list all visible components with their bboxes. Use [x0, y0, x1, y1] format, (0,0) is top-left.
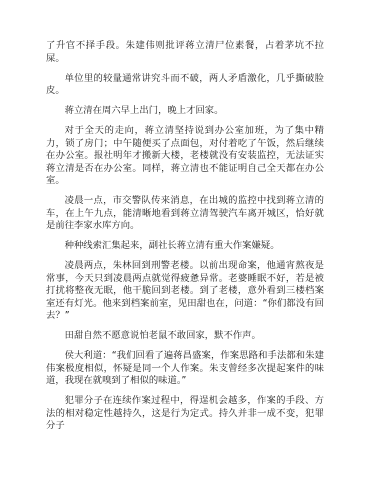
- document-page: 了升官不择手段。朱建伟则批评蒋立清尸位素餐，占着茅坑不拉屎。 单位里的较量通常讲…: [46, 40, 324, 440]
- paragraph: 凌晨一点，市交警队传来消息，在出城的监控中找到蒋立清的车，在上午九点，能清晰地看…: [46, 195, 324, 233]
- paragraph: 对于全天的走向，蒋立清坚持说到办公室加班，为了集中精力，锁了房门；中午随便买了点…: [46, 125, 324, 188]
- paragraph: 单位里的较量通常讲究斗而不破，两人矛盾激化，几乎撕破脸皮。: [46, 73, 324, 98]
- paragraph: 犯罪分子在连续作案过程中，得逞机会越多，作案的手段、方法的相对稳定性越持久，这是…: [46, 395, 324, 433]
- paragraph-continued: 了升官不择手段。朱建伟则批评蒋立清尸位素餐，占着茅坑不拉屎。: [46, 40, 324, 65]
- paragraph: 侯大利道：“我们回看了遍蒋昌盛案，作案思路和手法都和朱建伟案极度相似，怀疑是同一…: [46, 350, 324, 388]
- paragraph: 凌晨两点，朱林回到刑警老楼。以前出现命案，他通宵熬夜是常事，今天只到凌晨两点就觉…: [46, 260, 324, 323]
- paragraph: 蒋立清在周六早上出门，晚上才回家。: [46, 105, 324, 118]
- paragraph: 田甜自然不愿意说怕老鼠不敢回家，默不作声。: [46, 330, 324, 343]
- paragraph: 种种线索汇集起来，副社长蒋立清有重大作案嫌疑。: [46, 240, 324, 253]
